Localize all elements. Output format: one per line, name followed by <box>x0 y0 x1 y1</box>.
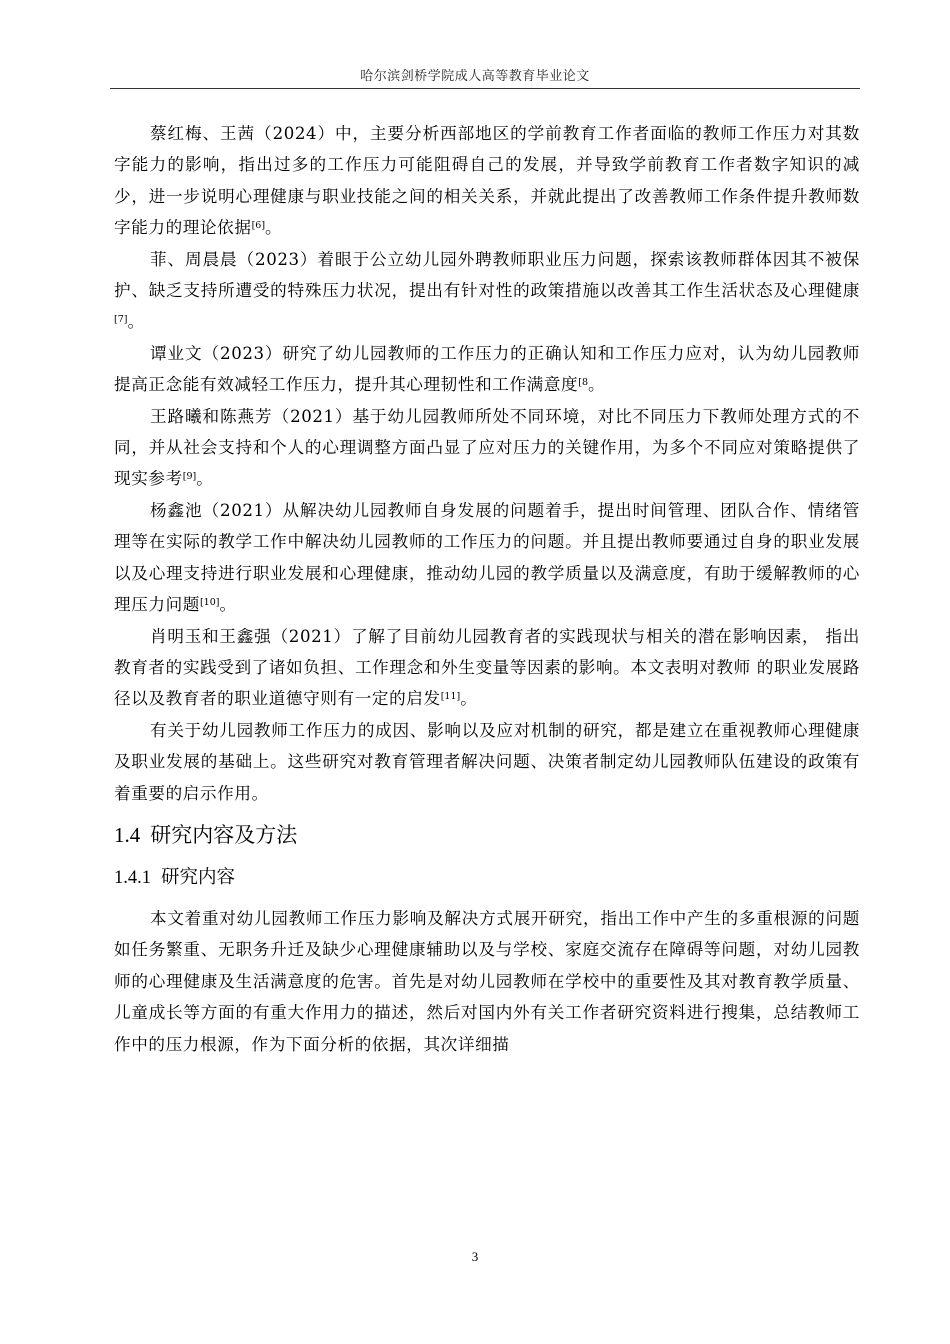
paragraph-tan-yewen: 谭业文（2023）研究了幼儿园教师的工作压力的正确认知和工作压力应对，认为幼儿园… <box>114 338 860 401</box>
paragraph-research-content: 本文着重对幼儿园教师工作压力影响及解决方式展开研究，指出工作中产生的多重根源的问… <box>114 903 860 1060</box>
citation-9: [9] <box>183 471 196 482</box>
citation-6: [6] <box>252 220 265 231</box>
paragraph-end: 。 <box>460 689 477 708</box>
subsection-number: 1.4.1 <box>114 868 151 888</box>
header-divider <box>110 88 860 89</box>
citation-10: [10] <box>200 597 220 608</box>
paragraph-end: 。 <box>588 375 605 394</box>
document-page: 哈尔滨剑桥学院成人高等教育毕业论文 蔡红梅、王茜（2024）中，主要分析西部地区… <box>0 0 950 1344</box>
citation-11: [11] <box>441 691 461 702</box>
paragraph-wang-luxi: 王路曦和陈燕芳（2021）基于幼儿园教师所处不同环境，对比不同压力下教师处理方式… <box>114 401 860 495</box>
paragraph-end: 。 <box>127 312 144 331</box>
citation-7: [7] <box>114 314 127 325</box>
paragraph-text: 王路曦和陈燕芳（2021）基于幼儿园教师所处不同环境，对比不同压力下教师处理方式… <box>114 407 860 489</box>
paragraph-text: 肖明玉和王鑫强（2021）了解了目前幼儿园教育者的实践现状与相关的潜在影响因素，… <box>114 627 860 709</box>
paragraph-text: 谭业文（2023）研究了幼儿园教师的工作压力的正确认知和工作压力应对，认为幼儿园… <box>114 344 860 394</box>
paragraph-summary: 有关于幼儿园教师工作压力的成因、影响以及应对机制的研究，都是建立在重视教师心理健… <box>114 715 860 809</box>
section-heading: 1.4研究内容及方法 <box>114 815 860 855</box>
paragraph-xiao-mingyu: 肖明玉和王鑫强（2021）了解了目前幼儿园教育者的实践现状与相关的潜在影响因素，… <box>114 621 860 715</box>
paragraph-text: 菲、周晨晨（2023）着眼于公立幼儿园外聘教师职业压力问题，探索该教师群体因其不… <box>114 250 860 300</box>
citation-8: [8 <box>578 377 588 388</box>
paragraph-cai-hongmei: 蔡红梅、王茜（2024）中，主要分析西部地区的学前教育工作者面临的教师工作压力对… <box>114 118 860 244</box>
paragraph-end: 。 <box>265 218 282 237</box>
section-number: 1.4 <box>114 823 140 847</box>
paragraph-zhou-chenchen: 菲、周晨晨（2023）着眼于公立幼儿园外聘教师职业压力问题，探索该教师群体因其不… <box>114 244 860 338</box>
page-number: 3 <box>0 1249 950 1265</box>
paragraph-text: 蔡红梅、王茜（2024）中，主要分析西部地区的学前教育工作者面临的教师工作压力对… <box>114 124 860 237</box>
paragraph-end: 。 <box>219 595 236 614</box>
paragraph-yang-xinchi: 杨鑫池（2021）从解决幼儿园教师自身发展的问题着手，提出时间管理、团队合作、情… <box>114 495 860 621</box>
document-body: 蔡红梅、王茜（2024）中，主要分析西部地区的学前教育工作者面临的教师工作压力对… <box>114 118 860 1060</box>
subsection-title: 研究内容 <box>161 867 235 888</box>
running-header: 哈尔滨剑桥学院成人高等教育毕业论文 <box>0 65 950 84</box>
section-title: 研究内容及方法 <box>150 823 297 847</box>
subsection-heading: 1.4.1研究内容 <box>114 859 860 897</box>
paragraph-end: 。 <box>196 469 213 488</box>
paragraph-text: 本文着重对幼儿园教师工作压力影响及解决方式展开研究，指出工作中产生的多重根源的问… <box>114 909 860 1054</box>
paragraph-text: 有关于幼儿园教师工作压力的成因、影响以及应对机制的研究，都是建立在重视教师心理健… <box>114 721 860 803</box>
